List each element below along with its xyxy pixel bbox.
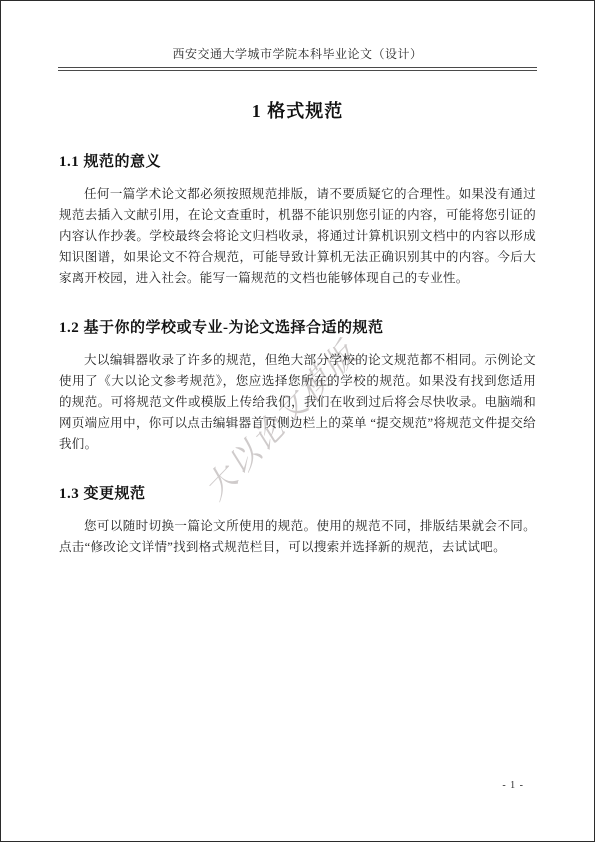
document-page: 大以论文模版 西安交通大学城市学院本科毕业论文（设计） 1 格式规范 1.1 规… bbox=[0, 0, 595, 842]
section-heading-1-1: 1.1 规范的意义 bbox=[59, 150, 536, 171]
body-area: 1.1 规范的意义 任何一篇学术论文都必须按照规范排版，请不要质疑它的合理性。如… bbox=[1, 150, 594, 558]
page-number: - 1 - bbox=[502, 780, 524, 791]
header-double-rule bbox=[58, 67, 537, 71]
section-heading-1-2: 1.2 基于你的学校或专业-为论文选择合适的规范 bbox=[59, 316, 536, 337]
section-heading-1-3: 1.3 变更规范 bbox=[59, 482, 536, 503]
chapter-title: 1 格式规范 bbox=[1, 97, 594, 123]
running-header: 西安交通大学城市学院本科毕业论文（设计） bbox=[1, 1, 594, 62]
section-paragraph-1-1: 任何一篇学术论文都必须按照规范排版，请不要质疑它的合理性。如果没有通过规范去插入… bbox=[59, 184, 536, 289]
section-paragraph-1-3: 您可以随时切换一篇论文所使用的规范。使用的规范不同，排版结果就会不同。点击“修改… bbox=[59, 516, 536, 558]
section-paragraph-1-2: 大以编辑器收录了许多的规范，但绝大部分学校的论文规范都不相同。示例论文使用了《大… bbox=[59, 350, 536, 455]
page-content: 西安交通大学城市学院本科毕业论文（设计） 1 格式规范 1.1 规范的意义 任何… bbox=[1, 1, 594, 558]
